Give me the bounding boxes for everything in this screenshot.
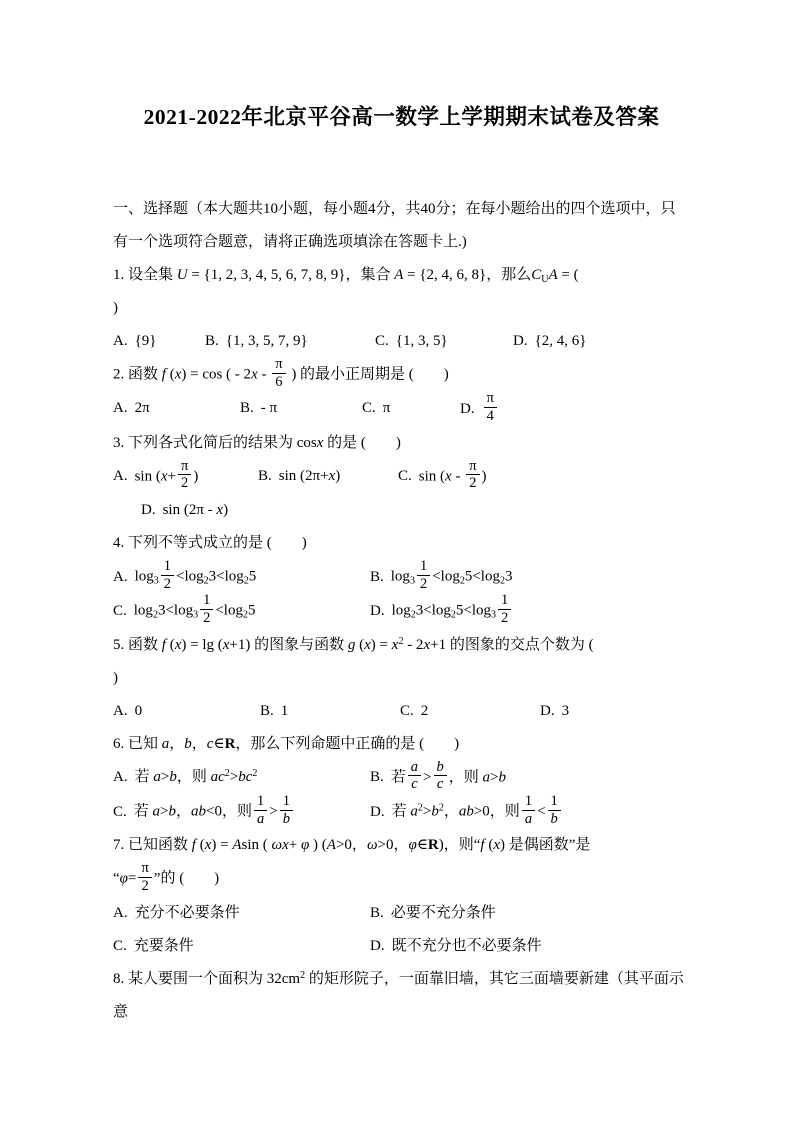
fraction-numerator: π — [466, 458, 479, 476]
option-label: B. — [370, 905, 384, 921]
text-run: 充分不必要条件 — [135, 905, 240, 921]
text-run: 3 — [562, 703, 570, 719]
text-run: 0 — [135, 703, 143, 719]
fraction: 12 — [498, 592, 511, 626]
text-run: >0，则 — [474, 804, 520, 820]
math-var: b — [169, 769, 177, 785]
question-7-option-B: B.必要不充分条件 — [370, 897, 690, 930]
text-run: log — [135, 569, 154, 585]
subscript: 3 — [410, 576, 415, 587]
text-run: 的是 ( ) — [323, 435, 401, 451]
question-3-option-B: B.sin (2π+x) — [258, 460, 398, 494]
math-var: x — [445, 468, 452, 484]
text-run: sin ( — [135, 468, 161, 484]
question-8: 8. 某人要围一个面积为 32cm2 的矩形院子，一面靠旧墙，其它三面墙要新建（… — [113, 963, 690, 1029]
text-run: - π — [261, 400, 277, 416]
fraction: π2 — [178, 458, 191, 492]
math-var: x — [161, 468, 168, 484]
text-run: <log — [176, 569, 204, 585]
math-var: x — [364, 637, 371, 653]
section-instructions: 一、选择题（本大题共10小题，每小题4分，共40分；在每小题给出的四个选项中，只… — [113, 193, 690, 259]
fraction: ac — [408, 759, 421, 793]
subscript: 3 — [154, 576, 159, 587]
question-3-options-row-1: A.sin (x+π2)B.sin (2π+x)C.sin (x - π2) — [113, 460, 690, 494]
text-run: ， — [444, 804, 459, 820]
fraction-numerator: 1 — [548, 793, 561, 811]
text-run: ( — [355, 637, 364, 653]
question-3-stem-line-1: 3. 下列各式化简后的结果为 cosx 的是 ( ) — [113, 427, 690, 460]
question-2-option-D: D.π4 — [460, 392, 690, 426]
question-1: 1. 设全集 U = {1, 2, 3, 4, 5, 6, 7, 8, 9}，集… — [113, 259, 690, 358]
option-label: D. — [460, 401, 475, 417]
question-1-stem-line-1: 1. 设全集 U = {1, 2, 3, 4, 5, 6, 7, 8, 9}，集… — [113, 259, 690, 292]
text-run: ，那么下列命题中正确的是 ( ) — [235, 736, 459, 752]
text-run: 3<log — [158, 603, 193, 619]
text-run: sin ( — [419, 468, 445, 484]
text-run: ”的 ( ) — [154, 871, 219, 887]
question-4-options-row-2: C.log23<log312<log25D.log23<log25<log312 — [113, 594, 690, 628]
text-run: 5<log — [456, 603, 491, 619]
text-run: ，则 — [177, 769, 211, 785]
math-var: φ — [409, 837, 417, 853]
subscript: 3 — [193, 610, 198, 621]
text-run: ，则 — [449, 769, 483, 785]
text-run: ) — [335, 468, 340, 484]
fraction-denominator: b — [280, 811, 293, 828]
question-2-option-B: B.- π — [240, 392, 362, 426]
question-7-option-D: D.既不充分也不必要条件 — [370, 930, 690, 963]
text-run: > — [269, 804, 277, 820]
text-run: 3<log — [209, 569, 244, 585]
question-2: 2. 函数 f (x) = cos ( - 2x - π6 ) 的最小正周期是 … — [113, 358, 690, 427]
text-run: 3 — [505, 569, 513, 585]
text-run: 2 — [421, 703, 429, 719]
fraction-denominator: b — [548, 811, 561, 828]
question-2-options-row-1: A.2πB.- πC.πD.π4 — [113, 392, 690, 426]
fraction-numerator: π — [178, 458, 191, 476]
question-5: 5. 函数 f (x) = lg (x+1) 的图象与函数 g (x) = x2… — [113, 629, 690, 728]
text-run: <log — [432, 569, 460, 585]
option-label: A. — [113, 400, 128, 416]
fraction-denominator: 2 — [417, 576, 430, 593]
text-run: 7. 已知函数 — [113, 837, 192, 853]
option-label: A. — [113, 703, 128, 719]
text-run: 若 — [135, 769, 154, 785]
exam-title: 2021-2022年北京平谷高一数学上学期期末试卷及答案 — [113, 100, 690, 131]
question-4-option-B: B.log312<log25<log23 — [370, 560, 690, 594]
math-var: A — [327, 837, 336, 853]
question-1-stem-line-2: ) — [113, 292, 690, 325]
question-3-option-C: C.sin (x - π2) — [398, 460, 690, 494]
math-var: b — [431, 804, 439, 820]
question-2-option-A: A.2π — [113, 392, 240, 426]
option-label: A. — [113, 333, 128, 349]
math-var: b — [551, 811, 558, 827]
text-run: {1, 3, 5, 7, 9} — [226, 333, 308, 349]
text-run: 5 — [248, 603, 256, 619]
math-var: b — [498, 769, 506, 785]
option-label: A. — [113, 569, 128, 585]
question-1-option-B: B.{1, 3, 5, 7, 9} — [205, 325, 375, 358]
text-run: 既不充分也不必要条件 — [392, 938, 542, 954]
fraction-denominator: 2 — [200, 610, 213, 627]
fraction-numerator: π — [484, 390, 497, 408]
fraction-denominator: 2 — [466, 475, 479, 492]
math-var: φ — [120, 871, 128, 887]
text-run: + — [289, 837, 301, 853]
question-1-option-C: C.{1, 3, 5} — [375, 325, 513, 358]
math-var: ab — [191, 804, 206, 820]
text-run: ) 的最小正周期是 ( ) — [288, 367, 449, 383]
text-run: <0，则 — [206, 804, 252, 820]
fraction: 12 — [200, 592, 213, 626]
text-run: 3. 下列各式化简后的结果为 cos — [113, 435, 317, 451]
fraction-denominator: c — [434, 776, 446, 793]
fraction-numerator: b — [434, 759, 447, 777]
math-var: x — [493, 837, 500, 853]
fraction: 1a — [254, 793, 267, 827]
fraction: π4 — [484, 390, 497, 424]
math-var: A — [549, 267, 558, 283]
text-run: 3<log — [416, 603, 451, 619]
text-run: < — [537, 804, 545, 820]
option-label: D. — [370, 938, 385, 954]
text-run: “ — [113, 871, 120, 887]
fraction: π6 — [272, 356, 285, 390]
option-label: D. — [370, 804, 385, 820]
fraction-denominator: 2 — [161, 576, 174, 593]
fraction: π2 — [138, 860, 151, 894]
fraction-numerator: a — [408, 759, 421, 777]
text-run: ) — [113, 670, 118, 686]
fraction-numerator: 1 — [498, 592, 511, 610]
text-run: > — [423, 769, 431, 785]
option-label: B. — [240, 400, 254, 416]
text-run: 若 — [392, 804, 411, 820]
math-var: A — [232, 837, 241, 853]
question-5-stem-line-2: ) — [113, 662, 690, 695]
text-run: +1 的图象的交点个数为 ( — [430, 637, 593, 653]
text-run: ( — [196, 837, 205, 853]
fraction-denominator: 2 — [138, 878, 151, 895]
text-run: ) = lg ( — [181, 637, 222, 653]
fraction-denominator: a — [522, 811, 535, 828]
question-5-option-D: D.3 — [540, 695, 690, 728]
question-1-option-A: A.{9} — [113, 325, 205, 358]
fraction-denominator: 2 — [498, 610, 511, 627]
option-label: D. — [141, 502, 156, 518]
bold-symbol: R — [225, 736, 236, 752]
question-5-option-B: B.1 — [260, 695, 400, 728]
option-label: B. — [260, 703, 274, 719]
text-run: ) — [223, 502, 228, 518]
fraction: 1b — [280, 793, 293, 827]
text-run: ) = — [371, 637, 392, 653]
question-1-option-D: D.{2, 4, 6} — [513, 325, 690, 358]
instructions-line-2: 有一个选项符合题意，请将正确选项填涂在答题卡上.) — [113, 226, 690, 259]
text-run: + — [168, 468, 176, 484]
math-var: a — [483, 769, 491, 785]
text-run: 充要条件 — [134, 938, 194, 954]
text-run: ( — [166, 367, 175, 383]
text-run: sin (2π+ — [279, 468, 329, 484]
text-run: - — [452, 468, 465, 484]
fraction: 1b — [548, 793, 561, 827]
math-var: b — [184, 736, 192, 752]
text-run: {9} — [135, 333, 157, 349]
math-var: a — [410, 804, 418, 820]
option-label: C. — [400, 703, 414, 719]
question-8-stem-line-1: 8. 某人要围一个面积为 32cm2 的矩形院子，一面靠旧墙，其它三面墙要新建（… — [113, 963, 690, 1029]
question-7-option-A: A.充分不必要条件 — [113, 897, 370, 930]
question-3-options-row-2: D.sin (2π - x) — [113, 494, 690, 527]
exam-page: 2021-2022年北京平谷高一数学上学期期末试卷及答案 一、选择题（本大题共1… — [0, 0, 794, 1123]
text-run: sin ( — [242, 837, 272, 853]
question-1-options-row-1: A.{9}B.{1, 3, 5, 7, 9}C.{1, 3, 5}D.{2, 4… — [113, 325, 690, 358]
fraction: 12 — [161, 558, 174, 592]
option-label: B. — [258, 468, 272, 484]
question-7-stem-line-1: 7. 已知函数 f (x) = Asin ( ωx+ φ ) (A>0，ω>0，… — [113, 829, 690, 862]
fraction: 12 — [417, 558, 430, 592]
fraction-numerator: π — [272, 356, 285, 374]
text-run: 1 — [281, 703, 289, 719]
math-var: a — [525, 811, 532, 827]
option-label: D. — [370, 603, 385, 619]
math-var: c — [437, 776, 443, 792]
text-run: 2. 函数 — [113, 367, 162, 383]
question-2-stem-line-1: 2. 函数 f (x) = cos ( - 2x - π6 ) 的最小正周期是 … — [113, 358, 690, 392]
text-run: 5<log — [465, 569, 500, 585]
text-run: ) — [482, 468, 487, 484]
text-run: > — [230, 769, 238, 785]
math-var: x — [282, 837, 289, 853]
math-var: b — [437, 759, 444, 775]
superscript: 2 — [252, 768, 257, 779]
question-3: 3. 下列各式化简后的结果为 cosx 的是 ( )A.sin (x+π2)B.… — [113, 427, 690, 527]
text-run: )，则“ — [439, 837, 481, 853]
question-7: 7. 已知函数 f (x) = Asin ( ωx+ φ ) (A>0，ω>0，… — [113, 829, 690, 962]
option-label: B. — [370, 569, 384, 585]
option-label: A. — [113, 905, 128, 921]
text-run: 8. 某人要围一个面积为 32cm — [113, 971, 300, 987]
fraction-numerator: π — [138, 860, 151, 878]
question-6-stem-line-1: 6. 已知 a，b，c∈R，那么下列命题中正确的是 ( ) — [113, 728, 690, 761]
option-label: C. — [398, 468, 412, 484]
math-var: ab — [459, 804, 474, 820]
option-label: C. — [375, 333, 389, 349]
text-run: = {2, 4, 6, 8}，那么 — [403, 267, 531, 283]
text-run: = — [128, 871, 136, 887]
text-run: ， — [176, 804, 191, 820]
text-run: 4. 下列不等式成立的是 ( ) — [113, 535, 307, 551]
option-label: B. — [370, 769, 384, 785]
question-4-option-A: A.log312<log23<log25 — [113, 560, 370, 594]
text-run: 必要不充分条件 — [391, 905, 496, 921]
question-5-stem-line-1: 5. 函数 f (x) = lg (x+1) 的图象与函数 g (x) = x2… — [113, 629, 690, 662]
question-4-stem-line-1: 4. 下列不等式成立的是 ( ) — [113, 527, 690, 560]
question-4-options-row-1: A.log312<log23<log25B.log312<log25<log23 — [113, 560, 690, 594]
text-run: - 2 — [403, 637, 423, 653]
math-var: ac — [211, 769, 225, 785]
text-run: ) 是偶函数”是 — [500, 837, 590, 853]
fraction-numerator: 1 — [161, 558, 174, 576]
text-run: ) = cos ( - 2 — [181, 367, 251, 383]
question-7-options-row-1: A.充分不必要条件B.必要不充分条件 — [113, 897, 690, 930]
text-run: ) — [113, 300, 118, 316]
text-run: - — [258, 367, 271, 383]
question-6: 6. 已知 a，b，c∈R，那么下列命题中正确的是 ( )A.若 a>b，则 a… — [113, 728, 690, 830]
fraction-numerator: 1 — [280, 793, 293, 811]
math-var: a — [153, 804, 161, 820]
text-run: ， — [169, 736, 184, 752]
fraction-denominator: 6 — [272, 374, 285, 391]
text-run: ( — [166, 637, 175, 653]
question-5-option-A: A.0 — [113, 695, 260, 728]
fraction-numerator: 1 — [200, 592, 213, 610]
text-run: π — [383, 400, 391, 416]
question-5-option-C: C.2 — [400, 695, 540, 728]
fraction: π2 — [466, 458, 479, 492]
fraction: bc — [434, 759, 447, 793]
text-run: 2π — [135, 400, 150, 416]
math-var: b — [283, 811, 290, 827]
question-6-option-B: B.若ac>bc，则 a>b — [370, 761, 690, 795]
fraction-denominator: 4 — [484, 408, 497, 425]
math-var: c — [411, 776, 417, 792]
text-run: ， — [192, 736, 207, 752]
question-5-options-row-1: A.0B.1C.2D.3 — [113, 695, 690, 728]
math-var: a — [411, 759, 418, 775]
option-label: B. — [205, 333, 219, 349]
math-var: x — [251, 367, 258, 383]
subscript: 3 — [491, 610, 496, 621]
math-var: ω — [272, 837, 283, 853]
question-7-options-row-2: C.充要条件D.既不充分也不必要条件 — [113, 930, 690, 963]
math-var: ω — [367, 837, 378, 853]
math-var: a — [257, 811, 264, 827]
text-run: ∈ — [213, 736, 224, 752]
fraction-numerator: 1 — [254, 793, 267, 811]
text-run: {1, 3, 5} — [396, 333, 448, 349]
option-label: C. — [362, 400, 376, 416]
option-label: C. — [113, 603, 127, 619]
text-run: ) — [193, 468, 198, 484]
instructions-line-1: 一、选择题（本大题共10小题，每小题4分，共40分；在每小题给出的四个选项中，只 — [113, 193, 690, 226]
text-run: {2, 4, 6} — [535, 333, 587, 349]
text-run: log — [391, 569, 410, 585]
text-run: ) ( — [309, 837, 327, 853]
math-var: C — [531, 267, 541, 283]
math-var: b — [169, 804, 177, 820]
text-run: > — [160, 804, 168, 820]
question-4-option-C: C.log23<log312<log25 — [113, 594, 370, 628]
fraction-numerator: 1 — [522, 793, 535, 811]
option-label: A. — [113, 769, 128, 785]
text-run: log — [392, 603, 411, 619]
question-4: 4. 下列不等式成立的是 ( )A.log312<log23<log25B.lo… — [113, 527, 690, 629]
fraction-denominator: a — [254, 811, 267, 828]
math-var: U — [177, 267, 188, 283]
text-run: 1. 设全集 — [113, 267, 177, 283]
option-label: A. — [113, 468, 128, 484]
text-run: +1) 的图象与函数 — [229, 637, 347, 653]
option-label: C. — [113, 804, 127, 820]
option-label: C. — [113, 938, 127, 954]
question-4-option-D: D.log23<log25<log312 — [370, 594, 690, 628]
question-2-option-C: C.π — [362, 392, 460, 426]
question-3-option-D: D.sin (2π - x) — [141, 494, 690, 527]
option-label: D. — [540, 703, 555, 719]
text-run: <log — [215, 603, 243, 619]
fraction: 1a — [522, 793, 535, 827]
fraction-denominator: c — [408, 776, 420, 793]
text-run: ∈ — [417, 837, 428, 853]
option-label: D. — [513, 333, 528, 349]
question-6-option-A: A.若 a>b，则 ac2>bc2 — [113, 761, 370, 795]
text-run: sin (2π - — [163, 502, 217, 518]
text-run: log — [134, 603, 153, 619]
text-run: >0， — [336, 837, 367, 853]
question-6-option-D: D.若 a2>b2，ab>0，则1a<1b — [370, 795, 690, 829]
text-run: 5 — [249, 569, 257, 585]
math-var: a — [153, 769, 161, 785]
text-run: 5. 函数 — [113, 637, 162, 653]
text-run: ) = — [211, 837, 232, 853]
math-var: A — [394, 267, 403, 283]
question-6-option-C: C.若 a>b，ab<0，则1a>1b — [113, 795, 370, 829]
question-6-options-row-1: A.若 a>b，则 ac2>bc2B.若ac>bc，则 a>b — [113, 761, 690, 795]
question-6-options-row-2: C.若 a>b，ab<0，则1a>1bD.若 a2>b2，ab>0，则1a<1b — [113, 795, 690, 829]
questions-list: 1. 设全集 U = {1, 2, 3, 4, 5, 6, 7, 8, 9}，集… — [113, 259, 690, 1029]
subscript: U — [541, 274, 548, 285]
fraction-numerator: 1 — [417, 558, 430, 576]
question-7-option-C: C.充要条件 — [113, 930, 370, 963]
fraction-denominator: 2 — [178, 475, 191, 492]
question-7-stem-line-2: “φ=π2”的 ( ) — [113, 862, 690, 896]
text-run: = {1, 2, 3, 4, 5, 6, 7, 8, 9}，集合 — [188, 267, 395, 283]
text-run: 若 — [134, 804, 153, 820]
text-run: 若 — [391, 769, 406, 785]
text-run: 6. 已知 — [113, 736, 162, 752]
question-3-option-A: A.sin (x+π2) — [113, 460, 258, 494]
text-run: = ( — [558, 267, 579, 283]
bold-symbol: R — [428, 837, 439, 853]
math-var: bc — [238, 769, 252, 785]
text-run: >0， — [378, 837, 409, 853]
